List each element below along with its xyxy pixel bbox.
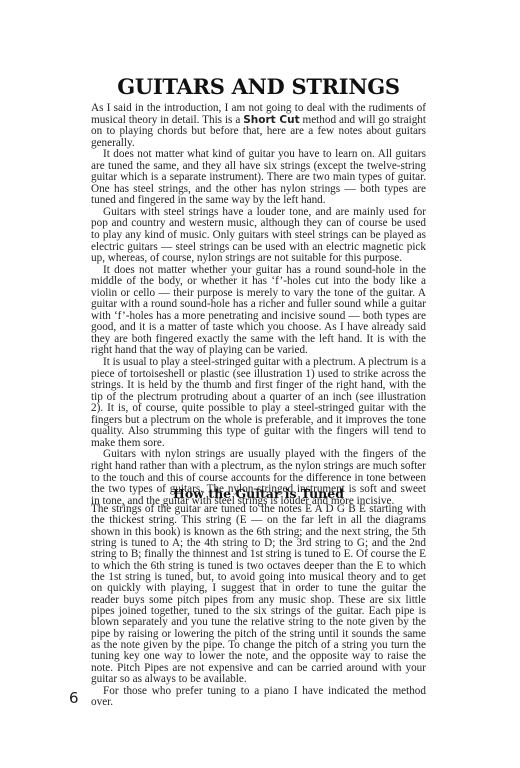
paragraph-plectrum: It is usual to play a steel-stringed gui… (91, 357, 426, 449)
page-title: GUITARS AND STRINGS (91, 75, 426, 99)
paragraph-sound-holes: It does not matter whether your guitar h… (91, 265, 426, 357)
paragraph-piano-tuning: For those who prefer tuning to a piano I… (91, 686, 426, 709)
section-how-guitar-is-tuned: The strings of the guitar are tuned to t… (91, 504, 426, 708)
book-page: GUITARS AND STRINGS As I said in the int… (0, 0, 520, 768)
paragraph-intro: As I said in the introduction, I am not … (91, 103, 426, 149)
paragraph-steel-strings: Guitars with steel strings have a louder… (91, 207, 426, 265)
paragraph-guitar-types: It does not matter what kind of guitar y… (91, 149, 426, 207)
paragraph-tuning-notes: The strings of the guitar are tuned to t… (91, 504, 426, 686)
short-cut-emphasis: Short Cut (243, 114, 299, 126)
section-guitars-and-strings: As I said in the introduction, I am not … (91, 103, 426, 507)
section-heading-tuning: How the Guitar is Tuned (91, 486, 426, 502)
page-number: 6 (69, 690, 79, 706)
